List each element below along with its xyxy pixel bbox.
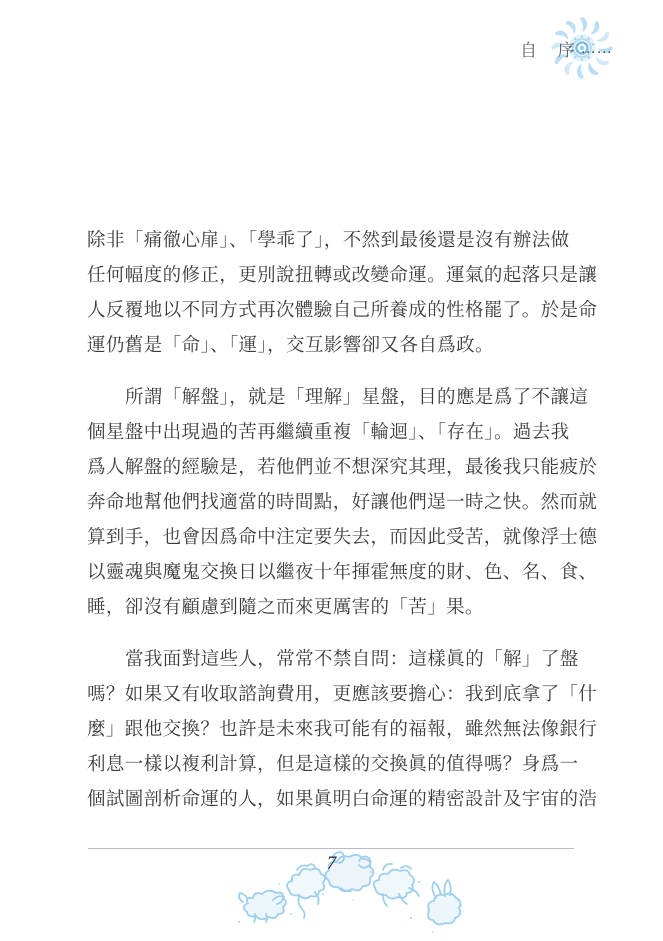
- paragraph: 除非「痛徹心扉」、「學乖了」，不然到最後還是沒有辦法做 任何幅度的修正，更別說扭…: [87, 224, 587, 364]
- text-line: 除非「痛徹心扉」、「學乖了」，不然到最後還是沒有辦法做: [87, 224, 587, 259]
- header-title: 自 序: [520, 36, 583, 61]
- text-line: 嗎？如果又有收取諮詢費用，更應該要擔心：我到底拿了「什: [87, 678, 587, 713]
- text-line: 算到手，也會因爲命中注定要失去，而因此受苦，就像浮士德: [87, 521, 587, 556]
- text-line: 當我面對這些人，常常不禁自問：這樣眞的「解」了盤: [87, 643, 587, 678]
- text-line: 個試圖剖析命運的人，如果眞明白命運的精密設計及宇宙的浩: [87, 783, 587, 818]
- text-line: 睡，卻沒有顧慮到隨之而來更厲害的「苦」果。: [87, 591, 587, 626]
- page-header: 自 序 ……: [520, 37, 613, 59]
- body-text: 除非「痛徹心扉」、「學乖了」，不然到最後還是沒有辦法做 任何幅度的修正，更別說扭…: [87, 224, 587, 818]
- text-line: 任何幅度的修正，更別說扭轉或改變命運。運氣的起落只是讓: [87, 259, 587, 294]
- text-line: 人反覆地以不同方式再次體驗自己所養成的性格罷了。於是命: [87, 294, 587, 329]
- paragraph: 當我面對這些人，常常不禁自問：這樣眞的「解」了盤 嗎？如果又有收取諮詢費用，更應…: [87, 643, 587, 818]
- text-line: 運仍舊是「命」、「運」，交互影響卻又各自爲政。: [87, 329, 587, 364]
- text-line: 爲人解盤的經驗是，若他們並不想深究其理，最後我只能疲於: [87, 451, 587, 486]
- text-line: 麼」跟他交換？也許是未來我可能有的福報，雖然無法像銀行: [87, 713, 587, 748]
- text-line: 以靈魂與魔鬼交換日以繼夜十年揮霍無度的財、色、名、食、: [87, 556, 587, 591]
- text-line: 奔命地幫他們找適當的時間點，好讓他們逞一時之快。然而就: [87, 486, 587, 521]
- text-line: 利息一樣以複利計算，但是這樣的交換眞的值得嗎？身爲一: [87, 748, 587, 783]
- book-page: 自 序 …… 除非「痛徹心扉」、「學乖了」，不然到最後還是沒有辦法做 任何幅度的…: [0, 0, 663, 941]
- paragraph: 所謂「解盤」，就是「理解」星盤，目的應是爲了不讓這 個星盤中出現過的苦再繼續重複…: [87, 381, 587, 626]
- text-line: 所謂「解盤」，就是「理解」星盤，目的應是爲了不讓這: [87, 381, 587, 416]
- page-number: 7: [0, 853, 663, 875]
- header-dots: ……: [581, 41, 613, 58]
- text-line: 個星盤中出現過的苦再繼續重複「輪迴」、「存在」。過去我: [87, 416, 587, 451]
